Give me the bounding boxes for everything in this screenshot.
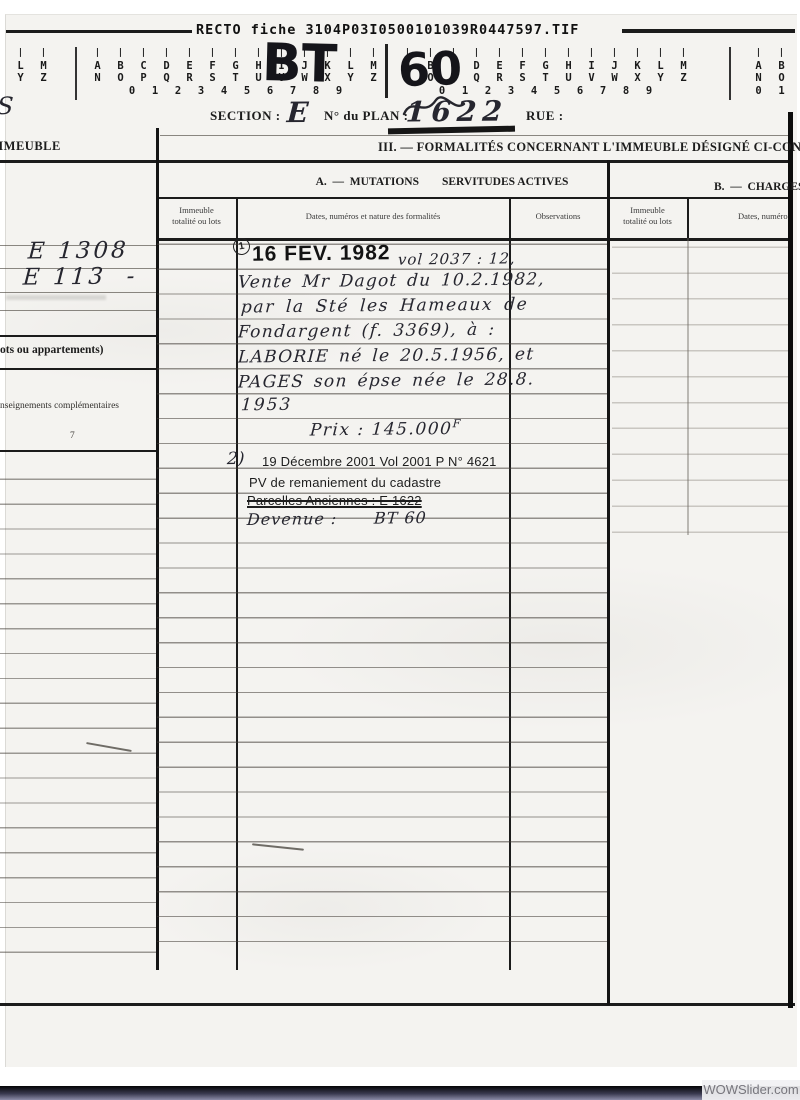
- remaniement-date-line: 19 Décembre 2001 Vol 2001 P N° 4621: [262, 454, 497, 469]
- rue-label: RUE :: [526, 108, 564, 124]
- left-col-line: [0, 292, 156, 293]
- section-b-header: B. — CHARGES,: [714, 181, 800, 193]
- section-value-handwritten: E: [286, 96, 309, 129]
- strip-divider: [385, 44, 388, 98]
- scanned-cadastre-fiche: RECTO fiche 3104P03I0500101039R0447597.T…: [0, 0, 800, 1100]
- lots-appartements-label: ots ou appartements): [0, 344, 104, 356]
- mutation-line: PAGES son épse née le 28.8.: [237, 369, 535, 392]
- mutation-line: Vente Mr Dagot du 10.2.1982,: [237, 269, 545, 292]
- mutation-line: Fondargent (f. 3369), à :: [237, 320, 496, 343]
- letter-row: ABCDEFGHIJKLM: [86, 60, 385, 73]
- title-rule-right: [622, 29, 795, 33]
- tick-row: |||||||||||||: [86, 47, 385, 60]
- volume-ref-handwritten: vol 2037 : 12,: [397, 249, 516, 268]
- letter-row: NO: [746, 72, 794, 85]
- left-col-heavy-line: [0, 450, 156, 452]
- col-header-line: Immeuble: [608, 205, 687, 216]
- scan-edge-bar: [788, 112, 793, 1008]
- price-currency-sup: F: [452, 417, 462, 430]
- new-parcel-line: Devenue : BT 60: [246, 508, 427, 529]
- tick-row: ||: [746, 47, 794, 60]
- section-a-header: A. — MUTATIONS SERVITUDES ACTIVES: [272, 176, 612, 188]
- struck-old-parcel-line: Parcelles Anciennes : E 1622: [247, 493, 422, 508]
- faded-stamp-smudge: [6, 295, 106, 300]
- parcel-ref-handwritten: E 113 -: [22, 263, 138, 290]
- digit-row: 01: [746, 85, 794, 98]
- formalites-title: III. — FORMALITÉS CONCERNANT L'IMMEUBLE …: [378, 140, 800, 155]
- left-header-cell: IMMEUBLE: [0, 139, 95, 154]
- small-figure: 7: [70, 431, 75, 441]
- parcel-ref-handwritten: E 1308: [27, 237, 129, 264]
- watermark-badge: WOWSlider.com: [702, 1080, 800, 1100]
- title-rule-left: [6, 30, 192, 33]
- left-col-heavy-line: [0, 335, 156, 337]
- alphabet-block-right-partial: || AB NO 01: [746, 47, 794, 97]
- left-col-line: [0, 310, 156, 311]
- entry-number: 2): [226, 449, 245, 469]
- table-bottom-border: [0, 1003, 795, 1006]
- mutation-line: LABORIE né le 20.5.1956, et: [237, 344, 535, 367]
- ruled-lines-right-section: [612, 222, 788, 534]
- frame-line: [156, 197, 788, 199]
- digit-row: 0123456789: [86, 85, 385, 98]
- immeuble-header: IMMEUBLE: [0, 139, 95, 154]
- handwritten-plan-number: 60: [397, 41, 463, 97]
- letter-row: NOPQRSTUVWXYZ: [86, 72, 385, 85]
- handwritten-section-code: BT: [261, 33, 338, 95]
- section-label: SECTION :: [210, 108, 281, 124]
- alphabet-block-left-partial: || LM YZ: [8, 47, 56, 85]
- slider-bottom-bar: [0, 1086, 800, 1100]
- mutation-line: par la Sté les Hameaux de: [240, 294, 529, 317]
- scan-filename: RECTO fiche 3104P03I0500101039R0447597.T…: [196, 22, 579, 38]
- strip-divider: [75, 47, 77, 100]
- column-divider: [607, 160, 610, 1005]
- mutation-line: 1953: [240, 395, 292, 416]
- alphabet-block-1: ||||||||||||| ABCDEFGHIJKLM NOPQRSTUVWXY…: [86, 47, 385, 97]
- plan-value-handwritten: 1622: [405, 94, 509, 128]
- price-line: Prix : 145.000F: [309, 417, 462, 440]
- date-stamp: 16 FEV. 1982: [252, 241, 391, 266]
- strip-divider: [729, 47, 731, 100]
- tick-row: ||: [8, 47, 56, 60]
- plan-label: N° du PLAN :: [324, 108, 409, 124]
- remaniement-line: PV de remaniement du cadastre: [249, 475, 441, 490]
- left-col-heavy-line: [0, 368, 156, 370]
- col-header-line: Immeuble: [157, 205, 236, 216]
- letter-row: YZ: [8, 72, 56, 85]
- frame-line: [0, 160, 788, 163]
- col-header-dates-right: Dates, numéro: [738, 211, 788, 222]
- renseignements-label: nseignements complémentaires: [0, 401, 119, 411]
- price-text: Prix : 145.000: [309, 419, 453, 440]
- letter-row: LM: [8, 60, 56, 73]
- frame-line: [160, 135, 788, 136]
- stray-handwriting-left: S: [0, 92, 14, 120]
- letter-row: AB: [746, 60, 794, 73]
- ruled-lines-left-column: [0, 455, 156, 955]
